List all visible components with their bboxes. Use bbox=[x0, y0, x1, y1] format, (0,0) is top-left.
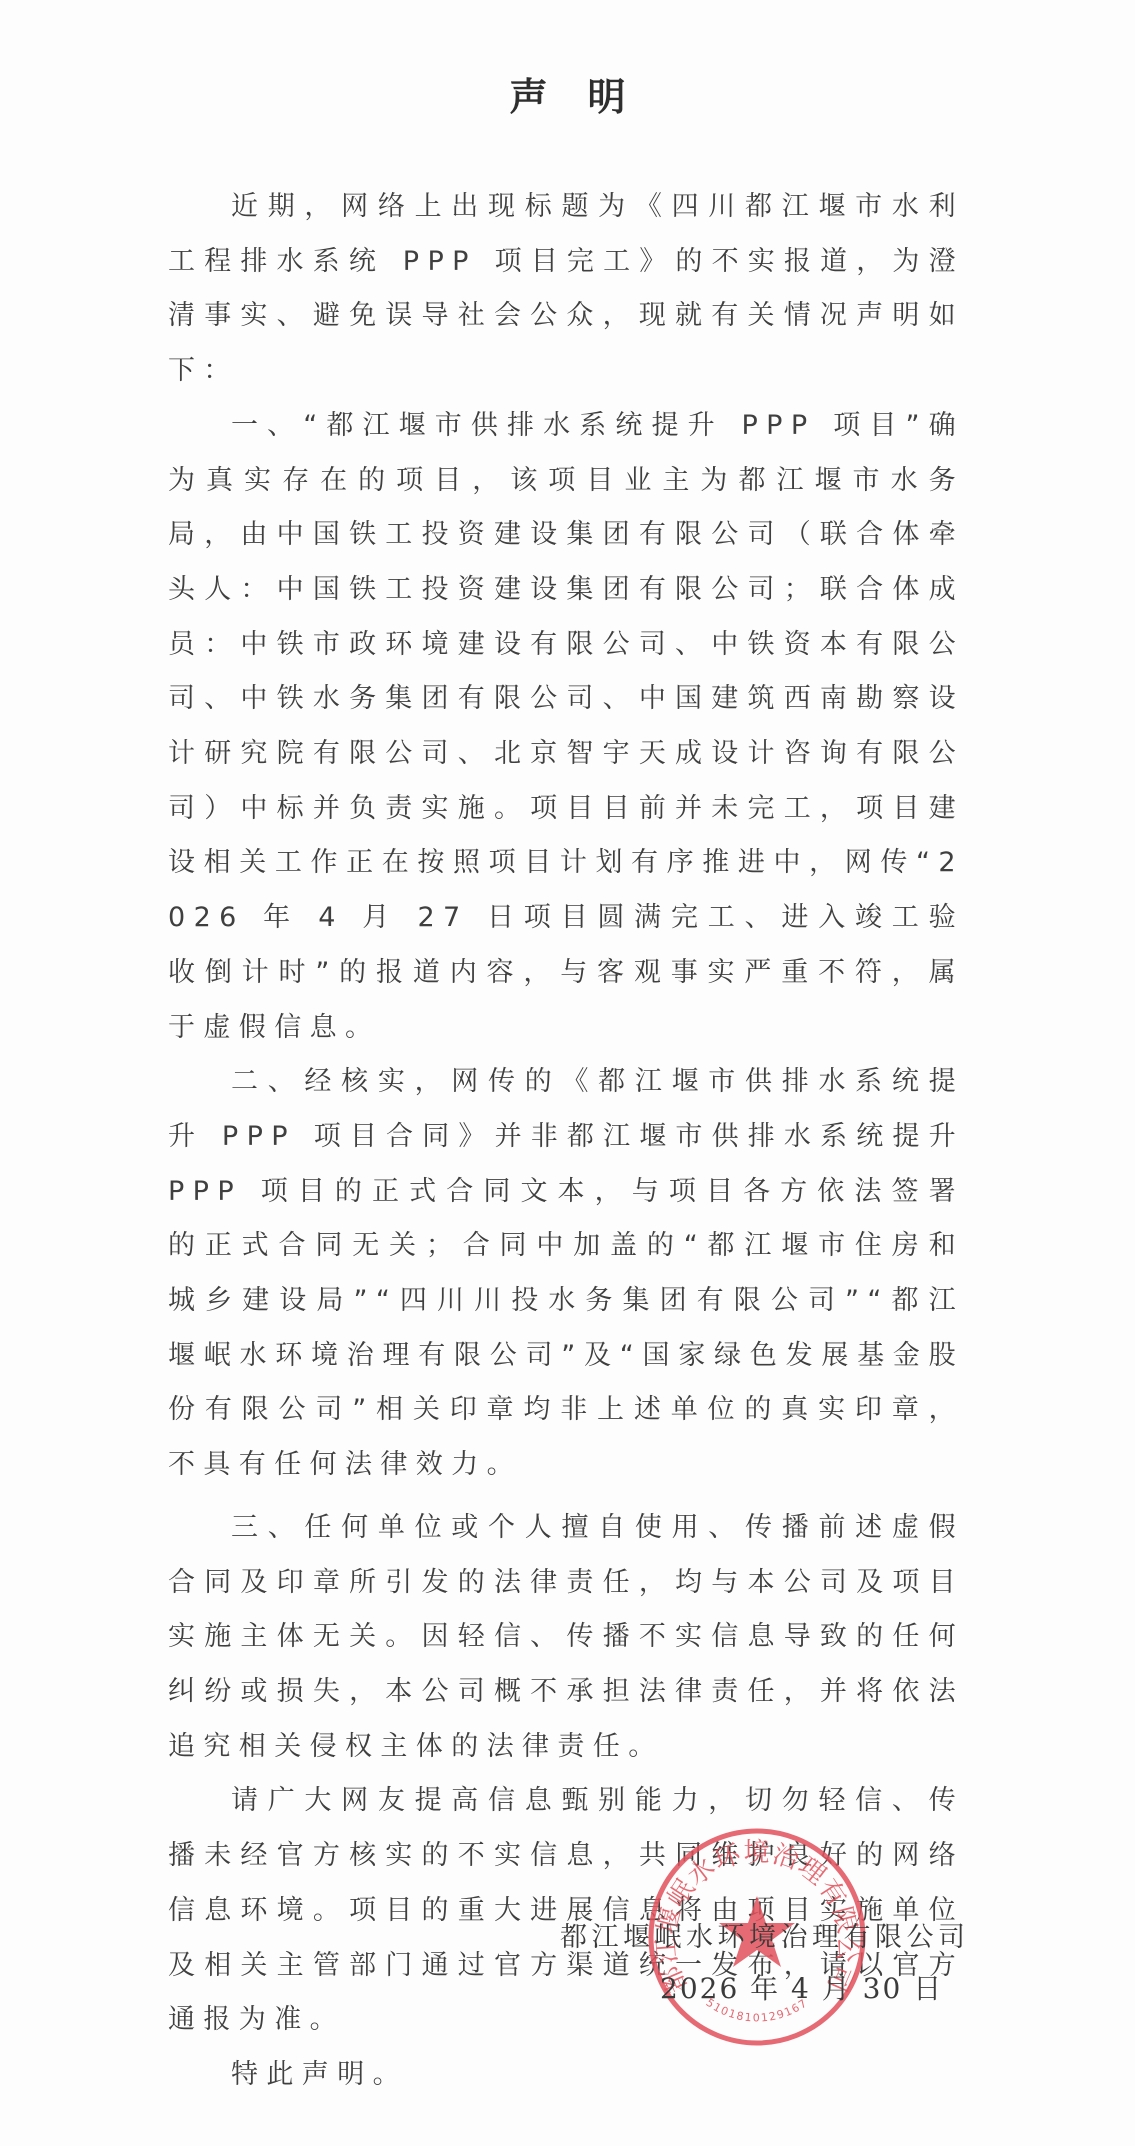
signature-company: 都江堰岷水环境治理有限公司 bbox=[560, 1915, 970, 1954]
statement-body: 近期，网络上出现标题为《四川都江堰市水利工程排水系统 PPP 项目完工》的不实报… bbox=[168, 180, 964, 2103]
page-title: 声明 bbox=[0, 66, 1135, 121]
paragraph-point-1: 一、“都江堰市供排水系统提升 PPP 项目”确为真实存在的项目，该项目业主为都江… bbox=[168, 399, 964, 1055]
paragraph-point-3: 三、任何单位或个人擅自使用、传播前述虚假合同及印章所引发的法律责任，均与本公司及… bbox=[168, 1501, 964, 1775]
signature-date: 2026 年 4 月 30 日 bbox=[660, 1967, 943, 2007]
paragraph-intro: 近期，网络上出现标题为《四川都江堰市水利工程排水系统 PPP 项目完工》的不实报… bbox=[168, 180, 964, 399]
paragraph-closing: 特此声明。 bbox=[168, 2048, 964, 2103]
document-page: 声明 近期，网络上出现标题为《四川都江堰市水利工程排水系统 PPP 项目完工》的… bbox=[0, 0, 1135, 2146]
paragraph-gap bbox=[168, 1493, 964, 1501]
paragraph-point-2: 二、经核实，网传的《都江堰市供排水系统提升 PPP 项目合同》并非都江堰市供排水… bbox=[168, 1055, 964, 1493]
